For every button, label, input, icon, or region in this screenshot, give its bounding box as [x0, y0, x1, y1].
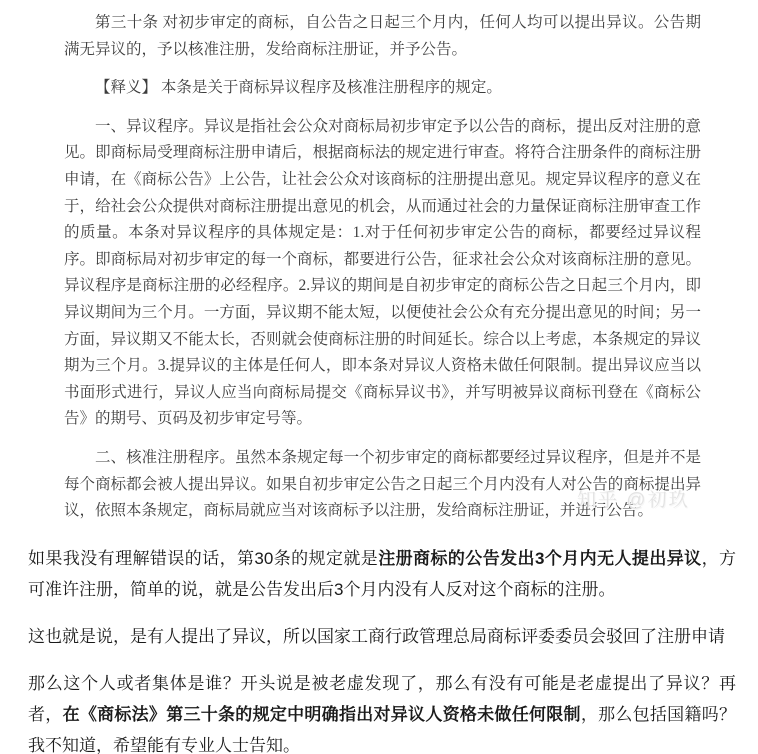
commentary-paragraph-conclusion: 这也就是说，是有人提出了异议，所以国家工商行政管理总局商标评委委员会驳回了注册申… [28, 621, 736, 652]
commentary-paragraph-question: 那么这个人或者集体是谁？开头说是被老虚发现了，那么有没有可能是老虚提出了异议？再… [28, 668, 736, 754]
author-commentary-block: 如果我没有理解错误的话，第30条的规定就是注册商标的公告发出3个月内无人提出异议… [28, 543, 736, 754]
commentary-bold-text: 注册商标的公告发出3个月内无人提出异议 [378, 549, 701, 568]
excerpt-paragraph-interpretation-heading: 【释义】 本条是关于商标异议程序及核准注册程序的规定。 [64, 75, 701, 102]
excerpt-paragraph-article30: 第三十条 对初步审定的商标，自公告之日起三个月内，任何人均可以提出异议。公告期满… [64, 10, 701, 63]
excerpt-paragraph-objection-procedure: 一、异议程序。异议是指社会公众对商标局初步审定予以公告的商标，提出反对注册的意见… [64, 114, 701, 433]
commentary-paragraph-understanding: 如果我没有理解错误的话，第30条的规定就是注册商标的公告发出3个月内无人提出异议… [28, 543, 736, 605]
commentary-bold-text: 在《商标法》第三十条的规定中明确指出对异议人资格未做任何限制 [63, 705, 581, 724]
commentary-text: 这也就是说，是有人提出了异议，所以国家工商行政管理总局商标评委委员会驳回了注册申… [28, 627, 725, 646]
law-excerpt-block: 第三十条 对初步审定的商标，自公告之日起三个月内，任何人均可以提出异议。公告期满… [64, 10, 701, 525]
zhihu-author-watermark: 知乎 @初玖 [577, 485, 690, 512]
commentary-text: 如果我没有理解错误的话，第30条的规定就是 [28, 549, 378, 568]
